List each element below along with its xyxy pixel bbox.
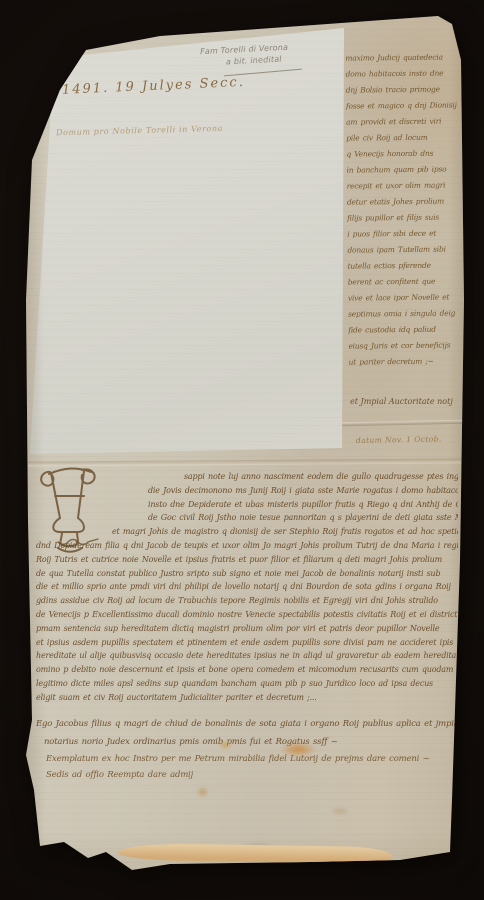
- text-line: eiusq Juris et cor beneficijs: [348, 337, 462, 354]
- text-line: q Venecijs honorab dns: [346, 145, 460, 162]
- text-line: fosse et magico q dnj Dionisij: [346, 97, 460, 114]
- text-line: pmam sentencia sup hereditatem dictiq ma…: [36, 622, 458, 636]
- bottom-fold-edge: [118, 843, 392, 864]
- text-line: vive et lace ipor Novelle et: [348, 289, 462, 306]
- text-line: et magri Johis de magistro q dionisij de…: [112, 525, 458, 539]
- parchment-wrap: maximo Judicij quatedeciadomo habitacois…: [24, 12, 466, 884]
- text-line: am providi et discreti viri: [346, 113, 460, 130]
- main-text-block: sappi note luj anno nasciment eodem die …: [36, 470, 458, 705]
- main-text-full-lines: dnd Depideream filia q dni Jacob de teup…: [36, 539, 458, 705]
- notary-subscription-line: Sedis ad offio Reempta dare admij: [46, 769, 242, 781]
- text-line: detur etatis Johes prolium: [347, 193, 461, 210]
- pencil-note-line2: a bit. inedital: [226, 54, 282, 68]
- text-line: de Venecijs p Excellentissimo ducali dom…: [36, 608, 458, 622]
- provenance-note: Domum pro Nobile Torelli in Verona: [56, 121, 306, 139]
- text-line: domo habitacois insto dne: [345, 65, 459, 82]
- text-line: eligit suam et civ Roij auctoritatem Jud…: [36, 691, 458, 705]
- text-line: recepit et uxor olim magri: [347, 177, 461, 194]
- text-line: berent ac confitent que: [348, 273, 462, 290]
- photo-frame: maximo Judicij quatedeciadomo habitacois…: [0, 0, 484, 900]
- text-line: sappi note luj anno nasciment eodem die …: [184, 470, 458, 484]
- ink-stain: [330, 806, 350, 816]
- ink-stain: [218, 740, 233, 750]
- text-line: i puos filior sibi dece et: [347, 225, 461, 242]
- text-line: die Jovis decimonono ms Junij Roij i gia…: [148, 484, 458, 498]
- text-line: donaus ipam Tutellam sibi: [347, 241, 461, 258]
- text-line: hereditate ul alije quibusvisq occasio d…: [36, 649, 458, 663]
- ink-stain: [280, 742, 316, 757]
- notary-subscription-line: Exemplatum ex hoc Instro per me Petrum m…: [46, 753, 438, 765]
- dated-note: datum Nov. 1 Octob.: [356, 433, 460, 446]
- text-line: legitimo dicte miles apsl sedins sup qua…: [36, 677, 458, 691]
- text-line: filijs pupillor et filijs suis: [347, 209, 461, 226]
- text-line: et ipsius asdem pupillis spectatem et pt…: [36, 636, 458, 650]
- text-line: dnd Depideream filia q dni Jacob de teup…: [36, 539, 458, 553]
- text-line: omino p debito noie descernunt et ipsis …: [36, 663, 458, 677]
- archival-date-note: 1491. 19 Julyes Secc.: [62, 73, 282, 99]
- text-line: maximo Judicij quatedecia: [345, 49, 459, 66]
- notary-subscription-line: Ego Jacobus filius q magri de chiud de b…: [36, 718, 460, 730]
- text-line: de Goc civil Roij Jstho noie tesue panno…: [148, 511, 458, 525]
- manuscript-right-column: maximo Judicij quatedeciadomo habitacois…: [345, 49, 462, 370]
- text-line: de qua Tutella constat publico Justro sr…: [36, 567, 458, 581]
- text-line: insto dne Depiderate et ubas misteris pu…: [148, 498, 458, 512]
- text-line: gdins assidue civ Roij ad locum de Trabu…: [36, 594, 458, 608]
- text-line: tutella ectios pferende: [348, 257, 462, 274]
- parchment-sheet: maximo Judicij quatedeciadomo habitacois…: [24, 12, 466, 884]
- text-line: ut pariter decretum ;~: [349, 353, 463, 370]
- text-line: dnj Bolsio tracio primoge: [346, 81, 460, 98]
- text-line: Roij Tutris et cutrice noie Novelle et i…: [36, 553, 458, 567]
- text-line: pile civ Roij ad locum: [346, 129, 460, 146]
- text-line: in banchum quam pib ipso: [347, 161, 461, 178]
- cover-sheet: Fam Torelli di Verona a bit. inedital 14…: [28, 28, 346, 458]
- text-line: fide custodia idq paliud: [348, 321, 462, 338]
- text-line: septimus omia i singula deig: [348, 305, 462, 322]
- ink-stain: [196, 786, 209, 798]
- fold-crease: [338, 420, 464, 427]
- text-line: die et millio sprio ante pmdi viri dni p…: [36, 580, 458, 594]
- right-column-closing-line: et Jmpial Auctoritate notj: [350, 396, 462, 408]
